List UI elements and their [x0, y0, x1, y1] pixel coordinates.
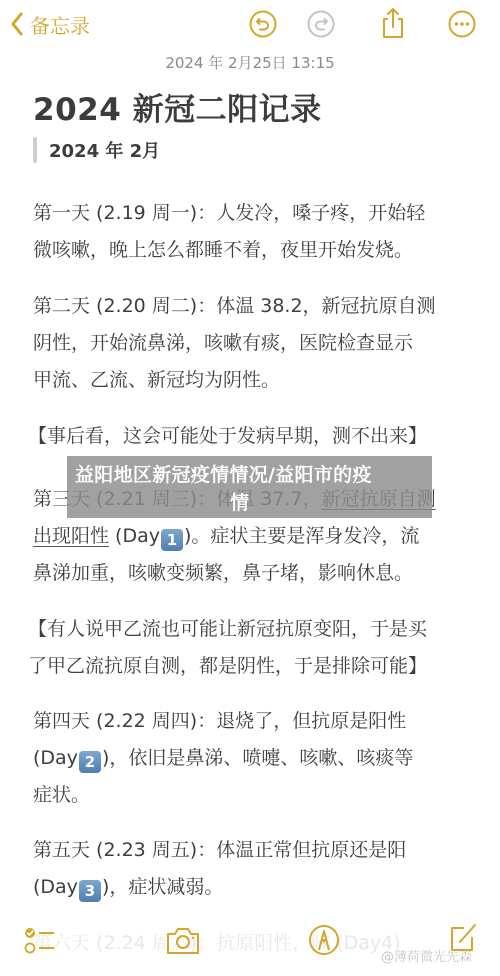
text-segment: (Day: [109, 525, 160, 547]
chevron-left-icon: [10, 12, 24, 36]
subheading-text: 2024 年 2月: [49, 137, 160, 163]
text-line: 【事后看，这会可能处于发病早期，测不出来】: [28, 418, 468, 455]
text-line: 出现阳性 (Day1)。症状主要是浑身发冷，流: [33, 518, 473, 555]
text-line: 【有人说甲乙流也可能让新冠抗原变阳，于是买: [28, 611, 468, 648]
camera-icon[interactable]: [165, 924, 201, 956]
back-label: 备忘录: [30, 10, 90, 39]
paragraph-day2[interactable]: 第二天 (2.20 周二)：体温 38.2，新冠抗原自测 阴性，开始流鼻涕，咳嗽…: [33, 288, 473, 399]
note-date: 2024 年 2月25日 13:15: [0, 52, 500, 73]
text-line: 了甲乙流抗原自测，都是阴性，于是排除可能】: [28, 648, 468, 685]
text-line: 症状。: [33, 777, 473, 814]
more-icon[interactable]: [448, 10, 476, 38]
text-segment: )，症状减弱。: [102, 876, 223, 898]
keycap-2-emoji: 2: [79, 751, 101, 773]
text-line: (Day2)，依旧是鼻涕、喷嚏、咳嗽、咳痰等: [33, 740, 473, 777]
caption-line-1: 益阳地区新冠疫情情况/益阳市的疫: [75, 460, 372, 487]
share-icon[interactable]: [379, 6, 407, 40]
watermark: @薄荷微光先森: [381, 946, 472, 965]
text-line: 微咳嗽，晚上怎么都睡不着，夜里开始发烧。: [33, 232, 473, 269]
back-button[interactable]: 备忘录: [10, 8, 90, 40]
block-quote-bar: [33, 137, 37, 163]
text-segment: )。症状主要是浑身发冷，流: [184, 525, 419, 547]
nav-bar: 备忘录: [0, 0, 500, 50]
paragraph-day4[interactable]: 第四天 (2.22 周四)：退烧了，但抗原是阳性 (Day2)，依旧是鼻涕、喷嚏…: [33, 703, 473, 814]
text-line: 鼻涕加重，咳嗽变频繁，鼻子堵，影响休息。: [33, 555, 473, 592]
text-segment: )，依旧是鼻涕、喷嚏、咳嗽、咳痰等: [102, 747, 413, 769]
text-line: 第一天 (2.19 周一)：人发冷，嗓子疼，开始轻: [33, 195, 473, 232]
checklist-icon[interactable]: [24, 926, 58, 956]
note-title[interactable]: 2024 新冠二阳记录: [33, 84, 322, 129]
text-line: 甲流、乙流、新冠均为阴性。: [33, 362, 473, 399]
caption-line-2: 情: [230, 488, 249, 515]
note-subheading[interactable]: 2024 年 2月: [33, 136, 160, 164]
underlined-text: 出现阳性: [33, 525, 109, 547]
text-segment: (Day: [33, 876, 78, 898]
text-line: 第四天 (2.22 周四)：退烧了，但抗原是阳性: [33, 703, 473, 740]
paragraph-note2[interactable]: 【有人说甲乙流也可能让新冠抗原变阳，于是买 了甲乙流抗原自测，都是阴性，于是排除…: [28, 611, 468, 685]
caption-overlay: 益阳地区新冠疫情情况/益阳市的疫 情: [67, 456, 432, 518]
paragraph-day1[interactable]: 第一天 (2.19 周一)：人发冷，嗓子疼，开始轻 微咳嗽，晚上怎么都睡不着，夜…: [33, 195, 473, 269]
text-line: 第五天 (2.23 周五)：体温正常但抗原还是阳: [33, 832, 473, 869]
undo-icon[interactable]: [249, 10, 277, 38]
keycap-1-emoji: 1: [161, 529, 183, 551]
markup-pen-icon[interactable]: [308, 924, 340, 956]
text-line: 阴性，开始流鼻涕，咳嗽有痰，医院检查显示: [33, 325, 473, 362]
text-line: 第二天 (2.20 周二)：体温 38.2，新冠抗原自测: [33, 288, 473, 325]
text-line: (Day3)，症状减弱。: [33, 869, 473, 906]
paragraph-day5[interactable]: 第五天 (2.23 周五)：体温正常但抗原还是阳 (Day3)，症状减弱。: [33, 832, 473, 906]
keycap-3-emoji: 3: [79, 880, 101, 902]
text-segment: (Day: [33, 747, 78, 769]
paragraph-note1[interactable]: 【事后看，这会可能处于发病早期，测不出来】: [28, 418, 468, 455]
redo-icon[interactable]: [307, 10, 335, 38]
